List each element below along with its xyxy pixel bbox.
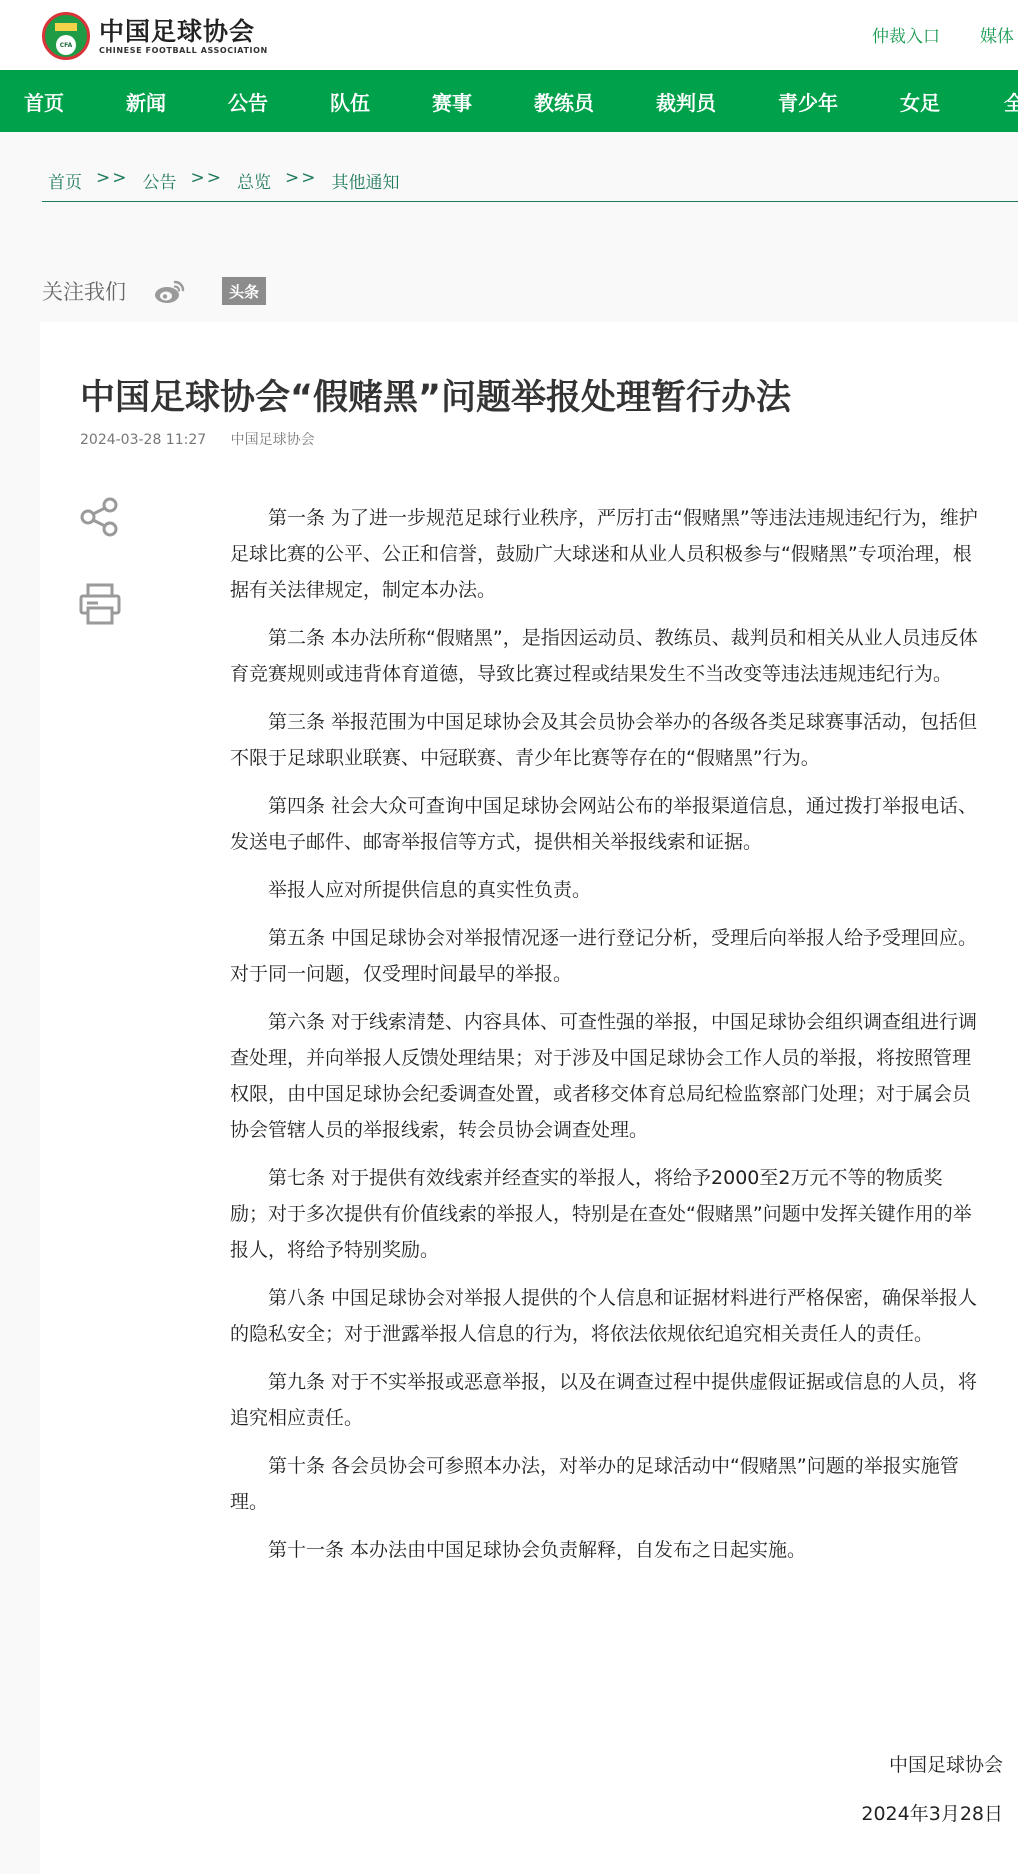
- nav-item-teams[interactable]: 队伍: [330, 87, 370, 116]
- nav-item-youth[interactable]: 青少年: [778, 87, 838, 116]
- print-icon[interactable]: [78, 582, 122, 626]
- main-nav: 首页 新闻 公告 队伍 赛事 教练员 裁判员 青少年 女足 全: [0, 70, 1018, 132]
- nav-item-more[interactable]: 全: [1004, 87, 1018, 116]
- nav-item-home[interactable]: 首页: [24, 87, 64, 116]
- article-paragraph: 第十条 各会员协会可参照本办法，对举办的足球活动中“假赌黑”问题的举报实施管理。: [230, 1448, 980, 1520]
- follow-us-label: 关注我们: [42, 276, 126, 306]
- article-paragraph: 第四条 社会大众可查询中国足球协会网站公布的举报渠道信息，通过拨打举报电话、发送…: [230, 788, 980, 860]
- article-paragraph: 第六条 对于线索清楚、内容具体、可查性强的举报，中国足球协会组织调查组进行调查处…: [230, 1004, 980, 1148]
- nav-item-announcements[interactable]: 公告: [228, 87, 268, 116]
- logo-english-name: CHINESE FOOTBALL ASSOCIATION: [99, 46, 268, 55]
- nav-item-competitions[interactable]: 赛事: [432, 87, 472, 116]
- article-paragraph: 第八条 中国足球协会对举报人提供的个人信息和证据材料进行严格保密，确保举报人的隐…: [230, 1280, 980, 1352]
- nav-item-news[interactable]: 新闻: [126, 87, 166, 116]
- article-paragraph: 第一条 为了进一步规范足球行业秩序，严厉打击“假赌黑”等违法违规违纪行为，维护足…: [230, 500, 980, 608]
- article-paragraph: 第二条 本办法所称“假赌黑”，是指因运动员、教练员、裁判员和相关从业人员违反体育…: [230, 620, 980, 692]
- breadcrumb-separator: >>: [191, 168, 224, 188]
- weibo-icon[interactable]: [154, 277, 186, 305]
- article-card: 中国足球协会“假赌黑”问题举报处理暂行办法 2024-03-28 11:27 中…: [40, 322, 1018, 1874]
- article-paragraph: 第十一条 本办法由中国足球协会负责解释，自发布之日起实施。: [230, 1532, 980, 1568]
- breadcrumb-separator: >>: [285, 168, 318, 188]
- article-paragraph: 第五条 中国足球协会对举报情况逐一进行登记分析，受理后向举报人给予受理回应。对于…: [230, 920, 980, 992]
- football-shape: CFA: [56, 35, 76, 55]
- article-meta: 2024-03-28 11:27 中国足球协会: [80, 429, 315, 449]
- article-paragraph: 举报人应对所提供信息的真实性负责。: [230, 872, 980, 908]
- article-paragraph: 第九条 对于不实举报或恶意举报，以及在调查过程中提供虚假证据或信息的人员，将追究…: [230, 1364, 980, 1436]
- follow-us: 关注我们 头条: [42, 276, 266, 306]
- signature-date: 2024年3月28日: [861, 1799, 1003, 1826]
- cfa-logo[interactable]: CFA 中国足球协会 CHINESE FOOTBALL ASSOCIATION: [42, 12, 268, 60]
- top-links: 仲裁入口 媒体: [872, 22, 1014, 47]
- arbitration-entry-link[interactable]: 仲裁入口: [872, 22, 940, 47]
- breadcrumb-separator: >>: [96, 168, 129, 188]
- article-body: 第一条 为了进一步规范足球行业秩序，严厉打击“假赌黑”等违法违规违纪行为，维护足…: [230, 500, 980, 1580]
- nav-item-womens[interactable]: 女足: [900, 87, 940, 116]
- toutiao-icon[interactable]: 头条: [222, 277, 266, 305]
- top-header: CFA 中国足球协会 CHINESE FOOTBALL ASSOCIATION …: [0, 0, 1018, 70]
- signature-organization: 中国足球协会: [889, 1750, 1003, 1777]
- share-icon[interactable]: [79, 496, 121, 538]
- breadcrumb-home[interactable]: 首页: [48, 168, 82, 193]
- media-link[interactable]: 媒体: [980, 22, 1014, 47]
- breadcrumb-other-notices[interactable]: 其他通知: [332, 168, 400, 193]
- nav-item-referees[interactable]: 裁判员: [656, 87, 716, 116]
- article-paragraph: 第七条 对于提供有效线索并经查实的举报人，将给予2000至2万元不等的物质奖励；…: [230, 1160, 980, 1268]
- article-date: 2024-03-28 11:27: [80, 432, 206, 448]
- article-title: 中国足球协会“假赌黑”问题举报处理暂行办法: [80, 370, 791, 420]
- article-paragraph: 第三条 举报范围为中国足球协会及其会员协会举办的各级各类足球赛事活动，包括但不限…: [230, 704, 980, 776]
- breadcrumb-announcements[interactable]: 公告: [143, 168, 177, 193]
- article-source: 中国足球协会: [231, 432, 315, 448]
- breadcrumb: 首页 >> 公告 >> 总览 >> 其他通知: [42, 168, 1018, 202]
- logo-chinese-name: 中国足球协会: [99, 18, 268, 46]
- breadcrumb-overview[interactable]: 总览: [237, 168, 271, 193]
- nav-item-coaches[interactable]: 教练员: [534, 87, 594, 116]
- tiananmen-gate-shape: [55, 23, 77, 31]
- cfa-badge-icon: CFA: [42, 12, 90, 60]
